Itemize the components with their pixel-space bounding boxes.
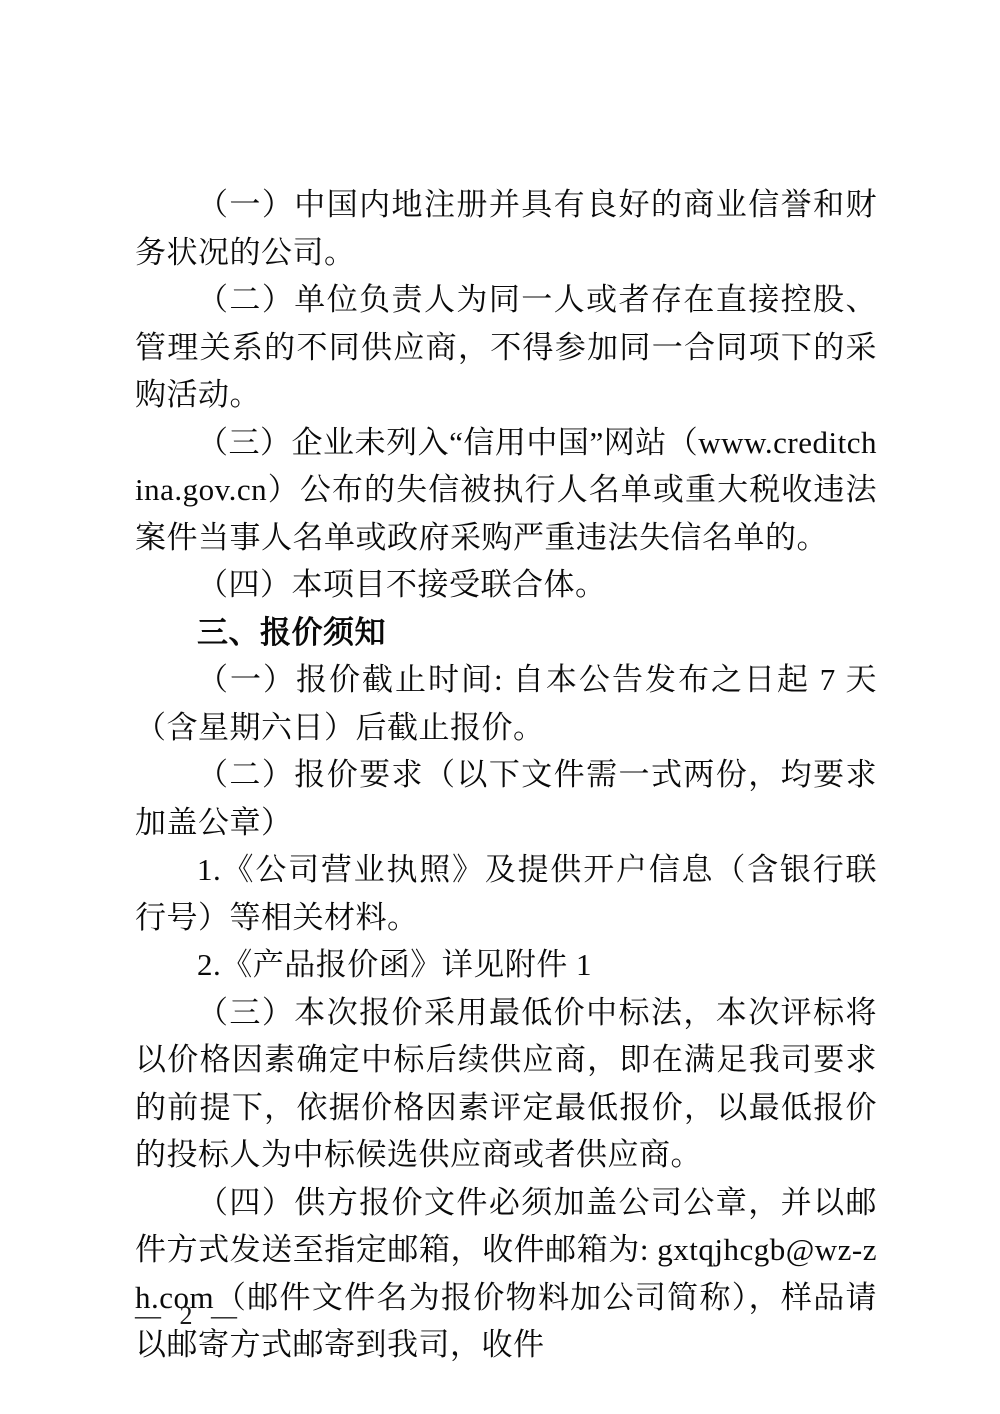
body-paragraph: （一）中国内地注册并具有良好的商业信誉和财务状况的公司。 bbox=[135, 181, 877, 276]
body-paragraph: （二）报价要求（以下文件需一式两份，均要求加盖公章） bbox=[135, 751, 877, 846]
page-number: — 2 — bbox=[135, 1301, 243, 1330]
body-paragraph: （二）单位负责人为同一人或者存在直接控股、管理关系的不同供应商，不得参加同一合同… bbox=[135, 276, 877, 419]
document-page: （一）中国内地注册并具有良好的商业信誉和财务状况的公司。（二）单位负责人为同一人… bbox=[0, 0, 1000, 1414]
body-paragraph: （三）企业未列入“信用中国”网站（www.creditchina.gov.cn）… bbox=[135, 419, 877, 562]
body-paragraph: （三）本次报价采用最低价中标法，本次评标将以价格因素确定中标后续供应商，即在满足… bbox=[135, 989, 877, 1179]
document-body: （一）中国内地注册并具有良好的商业信誉和财务状况的公司。（二）单位负责人为同一人… bbox=[135, 181, 877, 1369]
body-paragraph: 1.《公司营业执照》及提供开户信息（含银行联行号）等相关材料。 bbox=[135, 846, 877, 941]
body-paragraph: （四）供方报价文件必须加盖公司公章，并以邮件方式发送至指定邮箱，收件邮箱为: g… bbox=[135, 1179, 877, 1369]
page-footer: — 2 — bbox=[135, 1300, 243, 1332]
body-paragraph: 2.《产品报价函》详见附件 1 bbox=[135, 941, 877, 989]
body-paragraph: （四）本项目不接受联合体。 bbox=[135, 561, 877, 609]
body-paragraph: （一）报价截止时间: 自本公告发布之日起 7 天（含星期六日）后截止报价。 bbox=[135, 656, 877, 751]
section-heading: 三、报价须知 bbox=[135, 609, 877, 657]
